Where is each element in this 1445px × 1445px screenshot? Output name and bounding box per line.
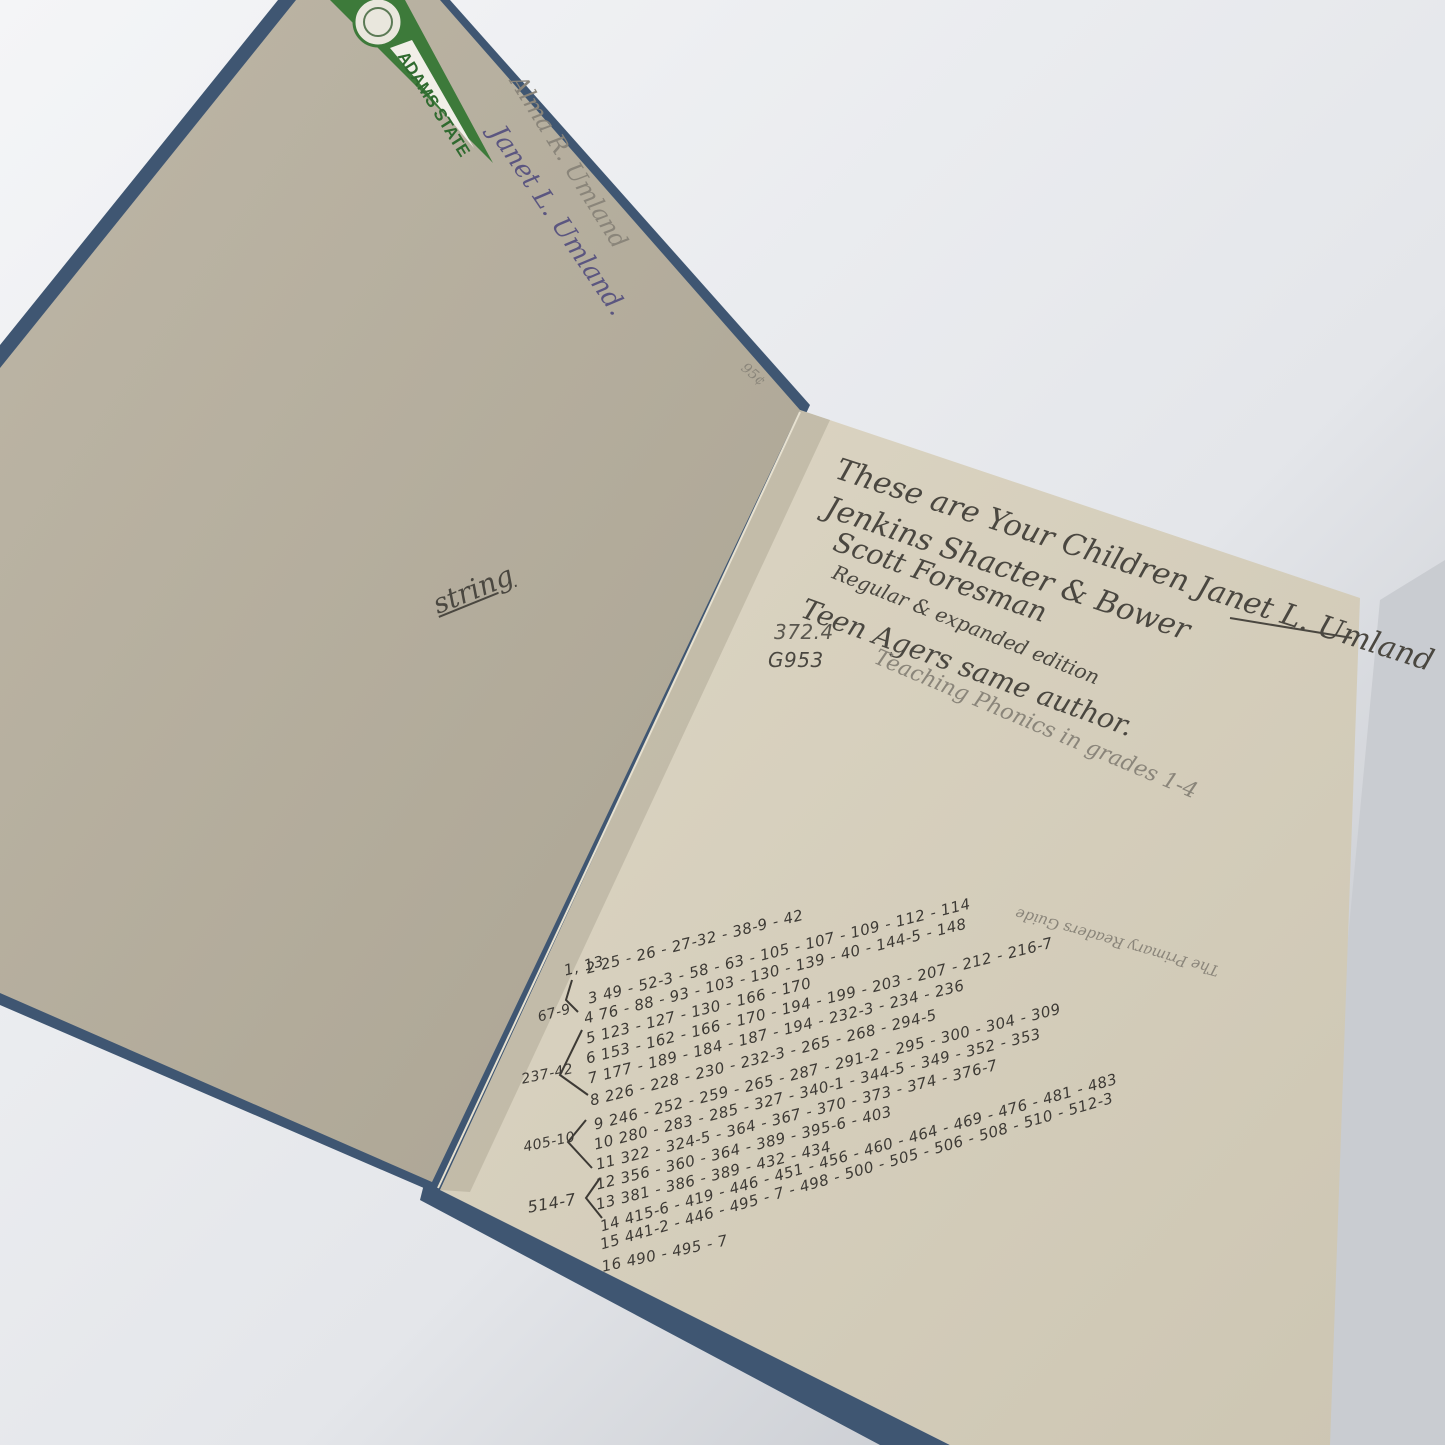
bracket-marks bbox=[0, 0, 1445, 1445]
photo-scene: ADAMS STATE Alma R. Umland Janet L. Umla… bbox=[0, 0, 1445, 1445]
